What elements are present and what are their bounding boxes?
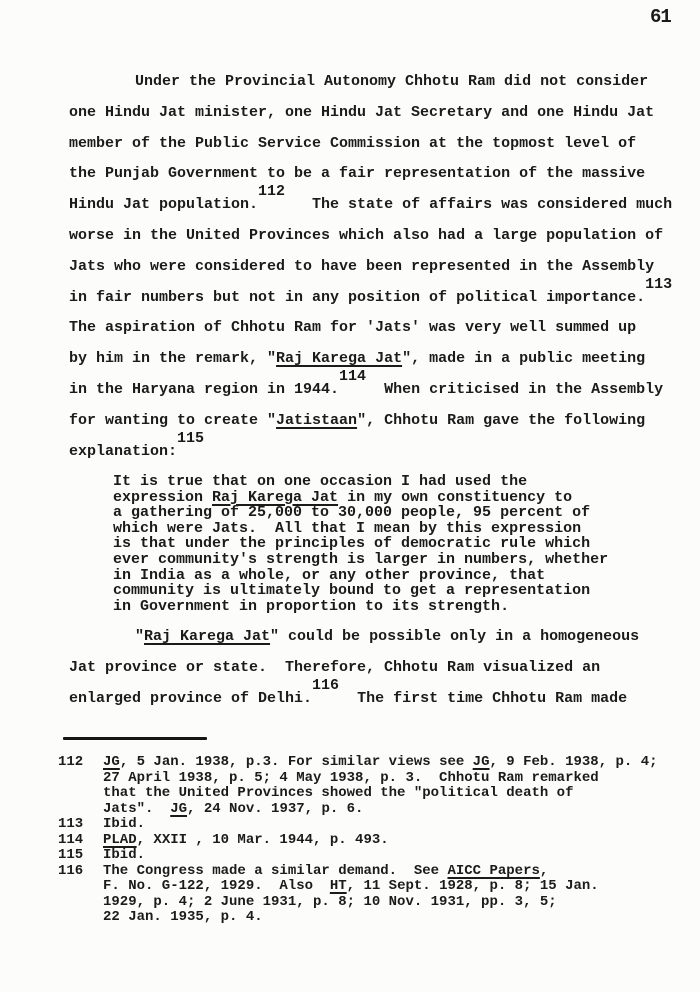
text-line: Jats who were considered to have been re… [69,252,672,283]
underlined-text: JG [170,801,187,817]
footnote-ref: 113 [645,276,672,293]
footnote-number: 113 [58,817,103,833]
footnote-ref: 116 [312,677,339,694]
text-segment: , XXII , 10 Mar. 1944, p. 493. [137,832,389,848]
footnote-number: 114 [58,833,103,849]
text-segment: Ibid. [103,847,145,863]
text-segment: , [540,863,548,879]
text-line: in India as a whole, or any other provin… [113,568,608,584]
text-segment: in India as a whole, or any other provin… [113,567,545,584]
page-number: 61 [650,6,671,28]
text-segment: by him in the remark, " [69,350,276,367]
text-segment: F. No. G-122, 1929. Also [103,878,330,894]
footnote-ref: 114 [339,368,366,385]
footnote-item: 113Ibid. [58,817,658,833]
text-line: Jat province or state. Therefore, Chhotu… [69,653,639,684]
text-segment: enlarged province of Delhi. [69,690,312,707]
text-segment: ever community's strength is larger in n… [113,551,608,568]
text-segment: the Punjab Government to be a fair repre… [69,165,645,182]
text-segment: that the United Provinces showed the "po… [103,785,573,801]
text-segment: The aspiration of Chhotu Ram for 'Jats' … [69,319,636,336]
text-segment: When criticised in the Assembly [366,381,663,398]
text-segment: in the Haryana region in 1944. [69,381,339,398]
text-line: which were Jats. All that I mean by this… [113,521,608,537]
text-line: Ibid. [103,848,145,864]
text-line: PLAD, XXII , 10 Mar. 1944, p. 493. [103,833,389,849]
text-line: 22 Jan. 1935, p. 4. [103,910,599,926]
text-segment: expression [113,489,212,506]
footnotes: 112JG, 5 Jan. 1938, p.3. For similar vie… [58,755,658,926]
opening-paragraph: Under the Provincial Autonomy Chhotu Ram… [69,67,672,467]
underlined-text: Raj Karega Jat [212,489,338,506]
footnote-ref: 112 [258,183,285,200]
footnote-ref: 115 [177,430,204,447]
text-segment: , 24 Nov. 1937, p. 6. [187,801,363,817]
text-segment: Hindu Jat population. [69,196,258,213]
document-page: 61 Under the Provincial Autonomy Chhotu … [0,0,700,992]
text-segment: The first time Chhotu Ram made [339,690,627,707]
text-line: 27 April 1938, p. 5; 4 May 1938, p. 3. C… [103,771,658,787]
text-line: in Government in proportion to its stren… [113,599,608,615]
footnote-number: 115 [58,848,103,864]
text-line: Ibid. [103,817,145,833]
text-line: community is ultimately bound to get a r… [113,583,608,599]
text-line: in the Haryana region in 1944.114 When c… [69,375,672,406]
text-line: that the United Provinces showed the "po… [103,786,658,802]
footnote-text: Ibid. [103,817,145,833]
text-line: It is true that on one occasion I had us… [113,474,608,490]
text-segment: in fair numbers but not in any position … [69,289,645,306]
text-segment: It is true that on one occasion I had us… [113,473,527,490]
text-line: 1929, p. 4; 2 June 1931, p. 8; 10 Nov. 1… [103,895,599,911]
text-line: The Congress made a similar demand. See … [103,864,599,880]
text-segment: The state of affairs was considered much [285,196,672,213]
text-segment: " [135,628,144,645]
text-segment: , 5 Jan. 1938, p.3. For similar views se… [120,754,473,770]
text-line: one Hindu Jat minister, one Hindu Jat Se… [69,98,672,129]
text-line: ever community's strength is larger in n… [113,552,608,568]
text-segment: explanation: [69,443,177,460]
footnote-number: 116 [58,864,103,880]
text-line: Under the Provincial Autonomy Chhotu Ram… [69,67,672,98]
text-segment: ", Chhotu Ram gave the following [357,412,645,429]
text-segment: is that under the principles of democrat… [113,535,590,552]
text-line: in fair numbers but not in any position … [69,283,672,314]
text-segment: Jat province or state. Therefore, Chhotu… [69,659,600,676]
text-line: expression Raj Karega Jat in my own cons… [113,490,608,506]
text-line: for wanting to create "Jatistaan", Chhot… [69,406,672,437]
text-segment: Jats who were considered to have been re… [69,258,654,275]
block-quote: It is true that on one occasion I had us… [113,474,608,614]
text-segment: in Government in proportion to its stren… [113,598,509,615]
text-segment: Jats". [103,801,170,817]
text-segment: worse in the United Provinces which also… [69,227,663,244]
text-line: is that under the principles of democrat… [113,536,608,552]
text-segment: 27 April 1938, p. 5; 4 May 1938, p. 3. C… [103,770,599,786]
footnote-text: The Congress made a similar demand. See … [103,864,599,926]
text-line: JG, 5 Jan. 1938, p.3. For similar views … [103,755,658,771]
underlined-text: JG [473,754,490,770]
text-line: Hindu Jat population.112 The state of af… [69,190,672,221]
text-segment: 22 Jan. 1935, p. 4. [103,909,263,925]
footnote-item: 114PLAD, XXII , 10 Mar. 1944, p. 493. [58,833,658,849]
text-segment: Under the Provincial Autonomy Chhotu Ram… [135,73,648,90]
text-segment: for wanting to create " [69,412,276,429]
text-segment: " could be possible only in a homogeneou… [270,628,639,645]
text-segment: one Hindu Jat minister, one Hindu Jat Se… [69,104,654,121]
text-segment: which were Jats. All that I mean by this… [113,520,581,537]
text-line: a gathering of 25,000 to 30,000 people, … [113,505,608,521]
underlined-text: Jatistaan [276,412,357,429]
text-line: Jats". JG, 24 Nov. 1937, p. 6. [103,802,658,818]
text-line: member of the Public Service Commission … [69,129,672,160]
text-segment: ", made in a public meeting [402,350,645,367]
text-segment: , 11 Sept. 1928, p. 8; 15 Jan. [347,878,599,894]
text-line: enlarged province of Delhi.116 The first… [69,684,639,715]
footnote-item: 116The Congress made a similar demand. S… [58,864,658,926]
text-segment: in my own constituency to [338,489,572,506]
underlined-text: AICC Papers [447,863,539,879]
footnote-item: 115Ibid. [58,848,658,864]
text-line: worse in the United Provinces which also… [69,221,672,252]
text-segment: The Congress made a similar demand. See [103,863,447,879]
underlined-text: HT [330,878,347,894]
footnote-number: 112 [58,755,103,771]
underlined-text: Raj Karega Jat [276,350,402,367]
footnote-separator [63,737,207,740]
text-line: explanation:115 [69,437,672,468]
closing-paragraph: "Raj Karega Jat" could be possible only … [69,622,639,714]
text-line: F. No. G-122, 1929. Also HT, 11 Sept. 19… [103,879,599,895]
text-segment: , 9 Feb. 1938, p. 4; [489,754,657,770]
underlined-text: JG [103,754,120,770]
text-segment: community is ultimately bound to get a r… [113,582,590,599]
text-line: by him in the remark, "Raj Karega Jat", … [69,344,672,375]
underlined-text: Raj Karega Jat [144,628,270,645]
text-segment: a gathering of 25,000 to 30,000 people, … [113,504,590,521]
footnote-text: JG, 5 Jan. 1938, p.3. For similar views … [103,755,658,817]
text-segment: member of the Public Service Commission … [69,135,636,152]
text-segment: Ibid. [103,816,145,832]
text-line: "Raj Karega Jat" could be possible only … [69,622,639,653]
text-line: the Punjab Government to be a fair repre… [69,159,672,190]
footnote-item: 112JG, 5 Jan. 1938, p.3. For similar vie… [58,755,658,817]
footnote-text: Ibid. [103,848,145,864]
underlined-text: PLAD [103,832,137,848]
text-line: The aspiration of Chhotu Ram for 'Jats' … [69,313,672,344]
footnote-text: PLAD, XXII , 10 Mar. 1944, p. 493. [103,833,389,849]
text-segment: 1929, p. 4; 2 June 1931, p. 8; 10 Nov. 1… [103,894,557,910]
